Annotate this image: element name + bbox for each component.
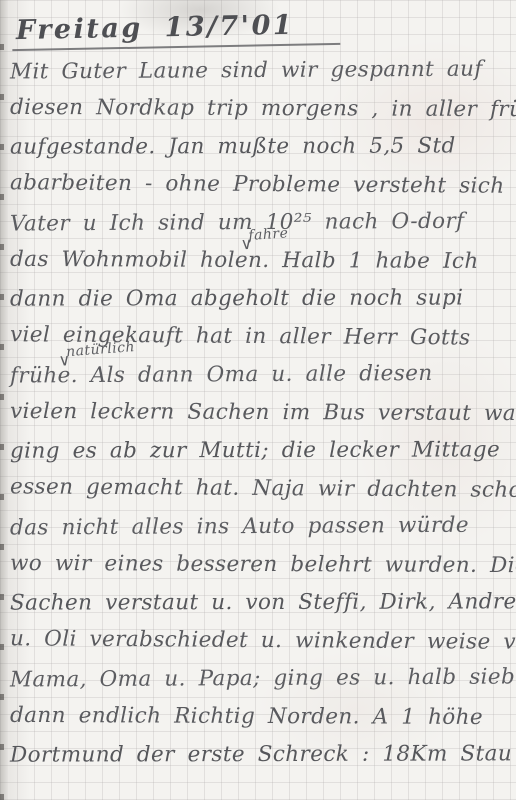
handwriting-line: das Wohnmobil holen. Halb 1 habe Ich ∨fa…: [10, 241, 514, 281]
handwriting-text: diesen Nordkap trip morgens , in aller f…: [10, 95, 516, 122]
handwriting-text: Mit Guter Laune sind wir gespannt auf: [10, 57, 483, 85]
caret-mark: ∨: [58, 350, 72, 370]
binding-specks: [0, 0, 4, 800]
handwriting-text: Mama, Oma u. Papa; ging es u. halb siebe…: [10, 664, 516, 692]
caret-mark: ∨: [240, 234, 253, 254]
handwriting-text: Sachen verstaut u. von Steffi, Dirk, And…: [10, 589, 516, 615]
handwriting-line: frühe. Als dann Oma u. alle diesen ∨natü…: [10, 354, 514, 395]
handwriting-line: u. Oli verabschiedet u. winkender weise …: [10, 620, 514, 662]
handwriting-line: wo wir eines besseren belehrt wurden. Di…: [10, 545, 514, 585]
handwriting-text: aufgestande. Jan mußte noch 5,5 Std: [10, 133, 456, 159]
handwriting-text: vielen leckern Sachen im Bus verstaut wa…: [10, 399, 516, 426]
inserted-word-fahre: ∨fahre: [238, 225, 289, 243]
handwriting-text: dann die Oma abgeholt die noch supi: [10, 285, 463, 311]
handwriting-text: das nicht alles ins Auto passen würde: [10, 513, 469, 541]
handwriting-line: aufgestande. Jan mußte noch 5,5 Std: [10, 127, 514, 166]
handwriting-text: abarbeiten - ohne Probleme versteht sich…: [10, 170, 516, 199]
handwriting-line: dann die Oma abgeholt die noch supi: [10, 279, 514, 318]
handwriting-text: frühe. Als dann Oma u. alle diesen: [10, 361, 433, 389]
handwriting-line: dann endlich Richtig Norden. A 1 höhe: [10, 697, 514, 737]
handwriting-text: wo wir eines besseren belehrt wurden. Di…: [10, 551, 516, 578]
diary-entry: Mit Guter Laune sind wir gespannt auf di…: [10, 52, 514, 774]
handwriting-line: Mit Guter Laune sind wir gespannt auf: [10, 50, 514, 91]
handwriting-text: Dortmund der erste Schreck : 18Km Stau !: [10, 741, 516, 767]
handwriting-line: das nicht alles ins Auto passen würde: [10, 506, 514, 547]
handwriting-line: diesen Nordkap trip morgens , in aller f…: [10, 89, 514, 129]
inserted-word-text: fahre: [248, 225, 289, 244]
handwriting-text: essen gemacht hat. Naja wir dachten scho…: [10, 474, 516, 503]
handwriting-text: dann endlich Richtig Norden. A 1 höhe: [10, 703, 483, 730]
handwriting-line: vielen leckern Sachen im Bus verstaut wa…: [10, 393, 514, 433]
handwriting-line: essen gemacht hat. Naja wir dachten scho…: [10, 468, 514, 510]
handwriting-line: Dortmund der erste Schreck : 18Km Stau !: [10, 735, 514, 774]
handwriting-line: Sachen verstaut u. von Steffi, Dirk, And…: [10, 583, 514, 622]
handwriting-line: ging es ab zur Mutti; die lecker Mittage: [10, 431, 514, 470]
handwriting-line: Mama, Oma u. Papa; ging es u. halb siebe…: [10, 658, 514, 699]
handwriting-text: ging es ab zur Mutti; die lecker Mittage: [10, 437, 500, 463]
date-heading: Freitag 13/7'01: [12, 9, 341, 51]
handwriting-text: u. Oli verabschiedet u. winkender weise …: [10, 626, 516, 655]
handwriting-line: abarbeiten - ohne Probleme versteht sich…: [10, 164, 514, 206]
